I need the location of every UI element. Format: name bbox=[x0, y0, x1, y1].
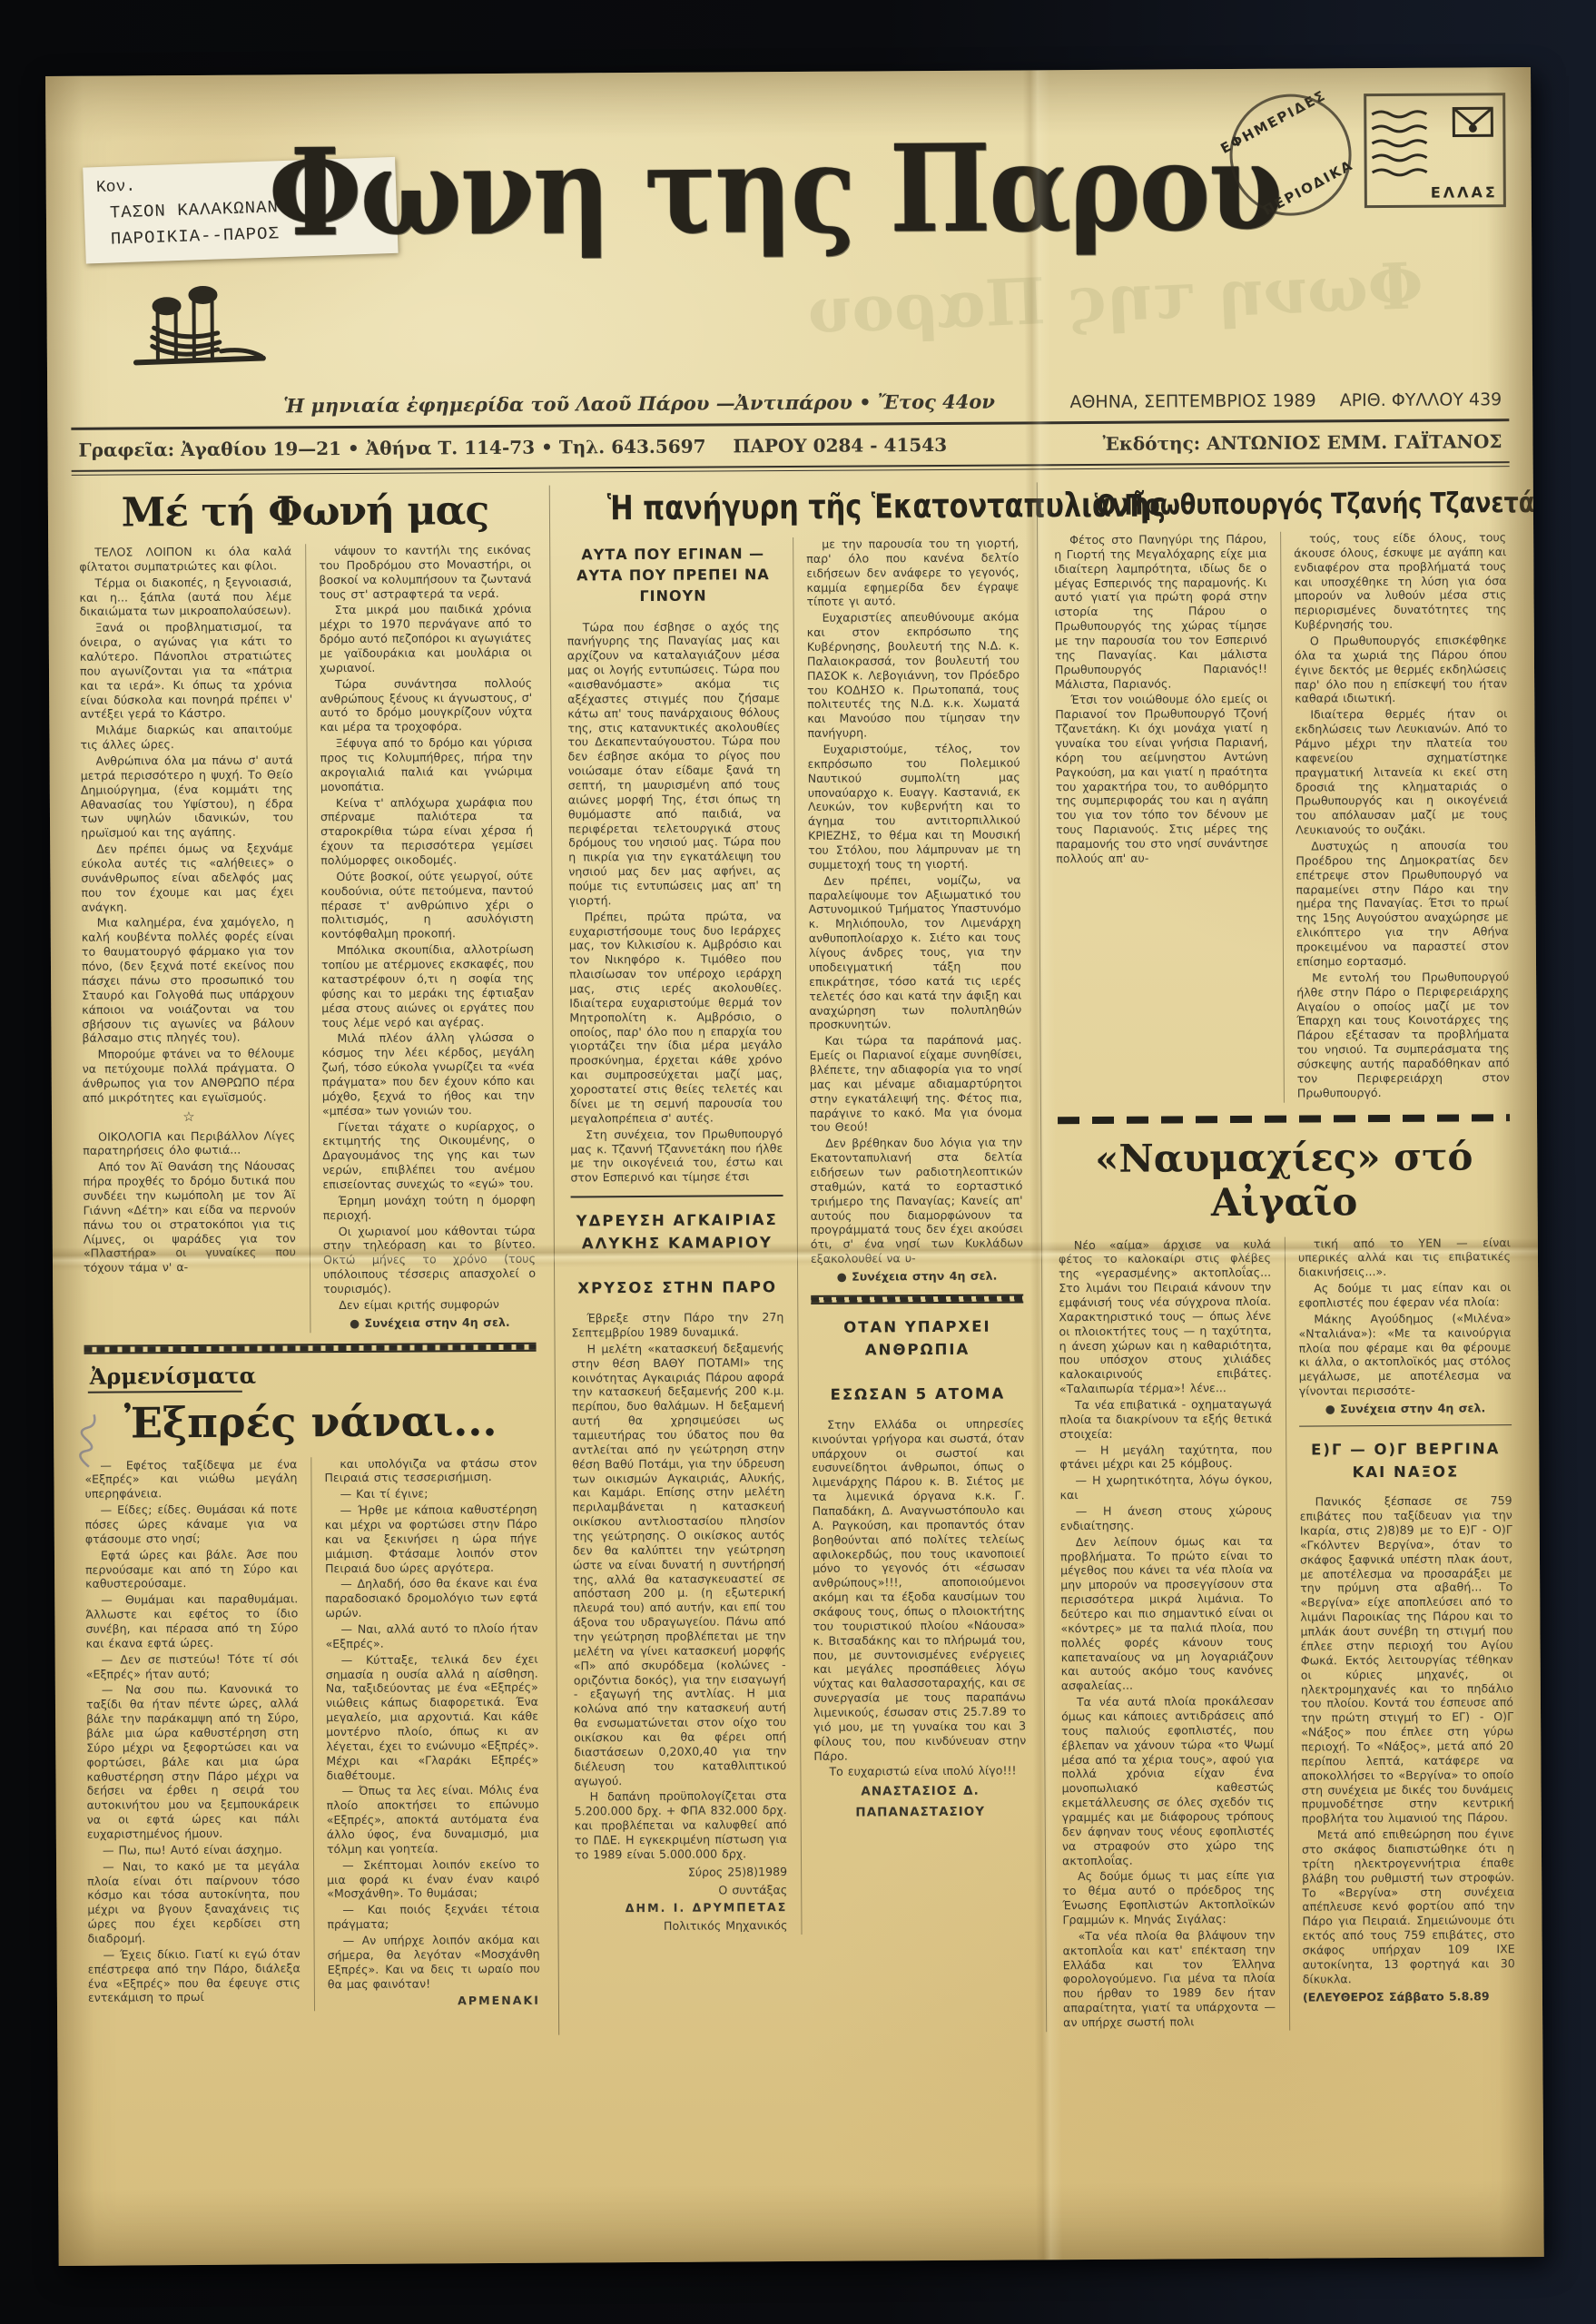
pm-column-1: Φέτος στο Πανηγύρι της Πάρου, η Γιορτή τ… bbox=[1054, 532, 1270, 1104]
newspaper-title: Φωνη της Παρου bbox=[268, 116, 1232, 263]
voice-column-2: νάψουν το καντήλι της εικόνας του Προδρό… bbox=[305, 543, 536, 1333]
panigiri-column-2: με την παρουσία του τη γιορτή, παρ' όλο … bbox=[806, 536, 1023, 1284]
headline-voice: Μέ τή Φωνή μας bbox=[79, 487, 531, 537]
middle-column-2: με την παρουσία του τη γιορτή, παρ' όλο … bbox=[793, 536, 1027, 1935]
postal-marks: ΕΦΗΜΕΡΙΔΕΣ ΠΕΡΙΟΔΙΚΑ bbox=[1229, 93, 1506, 216]
bold-dashed-divider bbox=[1058, 1114, 1510, 1124]
express-column-2: και υπολόγιζα να φτάσω στον Πειραιά στις… bbox=[310, 1455, 540, 2011]
ydreusi-body: Έβρεξε στην Πάρο την 27η Σεπτεμβρίου 198… bbox=[571, 1310, 787, 1935]
pm-column-2: τούς, τους είδε όλους, τους άκουσε όλους… bbox=[1280, 530, 1510, 1102]
headline-express: Ἐξπρές νάναι... bbox=[84, 1395, 537, 1447]
panigiri-column-1: Τώρα που έσβησε ο αχός της πανήγυρης της… bbox=[567, 619, 783, 1186]
postmark-bottom-text: ΠΕΡΙΟΔΙΚΑ bbox=[1253, 153, 1363, 222]
decorative-divider bbox=[84, 1342, 537, 1354]
article-voice: ΤΕΛΟΣ ΛΟΙΠΟΝ κι όλα καλά φίλτατοι συμπατ… bbox=[79, 543, 536, 1334]
envelope-icon bbox=[1453, 108, 1492, 135]
article-pm-visit: Φέτος στο Πανηγύρι της Πάρου, η Γιορτή τ… bbox=[1054, 530, 1510, 1104]
newspaper-subtitle: Ἡ μηνιαία ἐφημερίδα τοῦ Λαοῦ Πάρου —Ἀντι… bbox=[283, 389, 1046, 417]
article-express: — Εφέτος ταξίδεψα με ένα «Εξπρές» και νι… bbox=[84, 1455, 540, 2013]
column-group-right: Ὁ Πρωθυπουργός Τζανής Τζανετάκης στήν Πά… bbox=[1037, 479, 1515, 2032]
headline-pm-visit: Ὁ Πρωθυπουργός Τζανής Τζανετάκης στήν Πά… bbox=[1095, 487, 1466, 521]
middle-column-1: ΑΥΤΑ ΠΟΥ ΕΓΙΝΑΝ — ΑΥΤΑ ΠΟΥ ΠΡΕΠΕΙ ΝΑ ΓΙΝ… bbox=[566, 537, 787, 1936]
postage-stamp-box: ΕΛΛΑΣ bbox=[1364, 93, 1506, 208]
ink-bleed-ghost: Φωνη της Παρου bbox=[806, 248, 1424, 349]
masthead: Κον. ΤΑΣΟΝ ΚΑΛΑΚΩΝΑΝ ΠΑΡΟΙΚΙΑ--ΠΑΡΟΣ bbox=[45, 67, 1532, 396]
scanned-newspaper-screenshot: { "masthead": { "address_label": {"line0… bbox=[0, 0, 1596, 2324]
naumachies-column-2: τική από το ΥΕΝ — είναι υπερικές αλλά κα… bbox=[1298, 1236, 1512, 1417]
offices-address: Γραφεῖα: Ἀγαθίου 19—21 • Ἀθήνα Τ. 114-73… bbox=[78, 436, 705, 461]
section-rule bbox=[571, 1195, 783, 1197]
column-group-middle: Ἡ πανήγυρη τῆς Ἑκατονταπυλιανῆς ΑΥΤΑ ΠΟΥ… bbox=[549, 482, 1028, 2034]
place-date: ΑΘΗΝΑ, ΣΕΠΤΕΜΒΡΙΟΣ 1989 bbox=[1069, 390, 1315, 412]
postmark-stamp: ΕΦΗΜΕΡΙΔΕΣ ΠΕΡΙΟΔΙΚΑ bbox=[1208, 73, 1374, 238]
vergina-body: Πανικός ξέσπασε σε 759 επιβάτες που ταξί… bbox=[1300, 1493, 1515, 2004]
headline-vergina: Ε)Γ — Ο)Γ ΒΕΡΓΙΝΑΚΑΙ ΝΑΞΟΣ bbox=[1299, 1438, 1512, 1484]
voice-column-1: ΤΕΛΟΣ ΛΟΙΠΟΝ κι όλα καλά φίλτατοι συμπατ… bbox=[79, 544, 296, 1334]
section-rule bbox=[1299, 1424, 1512, 1426]
paros-phone: ΠΑΡΟΥ 0284 - 41543 bbox=[733, 434, 947, 457]
kicker-underline bbox=[88, 1390, 242, 1393]
panigiri-subhead: ΑΥΤΑ ΠΟΥ ΕΓΙΝΑΝ — ΑΥΤΑ ΠΟΥ ΠΡΕΠΕΙ ΝΑ ΓΙΝ… bbox=[566, 543, 779, 607]
page-body: Μέ τή Φωνή μας ΤΕΛΟΣ ΛΟΙΠΟΝ κι όλα καλά … bbox=[48, 467, 1542, 2038]
headline-naumachies: «Ναυμαχίες» στό Αἰγαῖο bbox=[1058, 1134, 1511, 1226]
newspaper-front-page: Κον. ΤΑΣΟΝ ΚΑΛΑΚΩΝΑΝ ΠΑΡΟΙΚΙΑ--ΠΑΡΟΣ bbox=[45, 67, 1544, 2266]
mooring-bollard-illustration bbox=[126, 267, 272, 380]
headline-ydreusi: ΥΔΡΕΥΣΗ ΑΓΚΑΙΡΙΑΣΑΛΥΚΗΣ ΚΑΜΑΡΙΟΥΧΡΥΣΟΣ Σ… bbox=[571, 1209, 784, 1300]
decorative-divider bbox=[811, 1294, 1023, 1304]
naumachies-column-1: Νέο «αίμα» άρχισε να κυλά φέτος το καλοκ… bbox=[1059, 1236, 1276, 2032]
cancellation-lines-and-envelope bbox=[1370, 101, 1498, 180]
anthropia-body: Στην Ελλάδα οι υπηρεσίες κινούνται γρήγο… bbox=[812, 1416, 1027, 1821]
headline-panigiri: Ἡ πανήγυρη τῆς Ἑκατονταπυλιανῆς bbox=[607, 487, 979, 527]
postmark-top-text: ΕΦΗΜΕΡΙΔΕΣ bbox=[1217, 87, 1327, 157]
kicker-armenismata: Ἀρμενίσματα bbox=[90, 1360, 537, 1389]
express-column-1: — Εφέτος ταξίδεψα με ένα «Εξπρές» και νι… bbox=[84, 1457, 300, 2013]
issue-number: ΑΡΙΘ. ΦΥΛΛΟΥ 439 bbox=[1340, 389, 1502, 410]
stamp-country-label: ΕΛΛΑΣ bbox=[1431, 183, 1498, 201]
column-group-left: Μέ τή Φωνή μας ΤΕΛΟΣ ΛΟΙΠΟΝ κι όλα καλά … bbox=[79, 486, 540, 2038]
right-column-2: τική από το ΥΕΝ — είναι υπερικές αλλά κα… bbox=[1285, 1236, 1515, 2031]
publisher: Ἐκδότης: ΑΝΤΩΝΙΟΣ ΕΜΜ. ΓΑΪΤΑΝΟΣ bbox=[1102, 430, 1502, 455]
headline-anthropia: ΟΤΑΝ ΥΠΑΡΧΕΙ ΑΝΘΡΩΠΙΑΕΣΩΣΑΝ 5 ΑΤΟΜΑ bbox=[811, 1315, 1024, 1406]
